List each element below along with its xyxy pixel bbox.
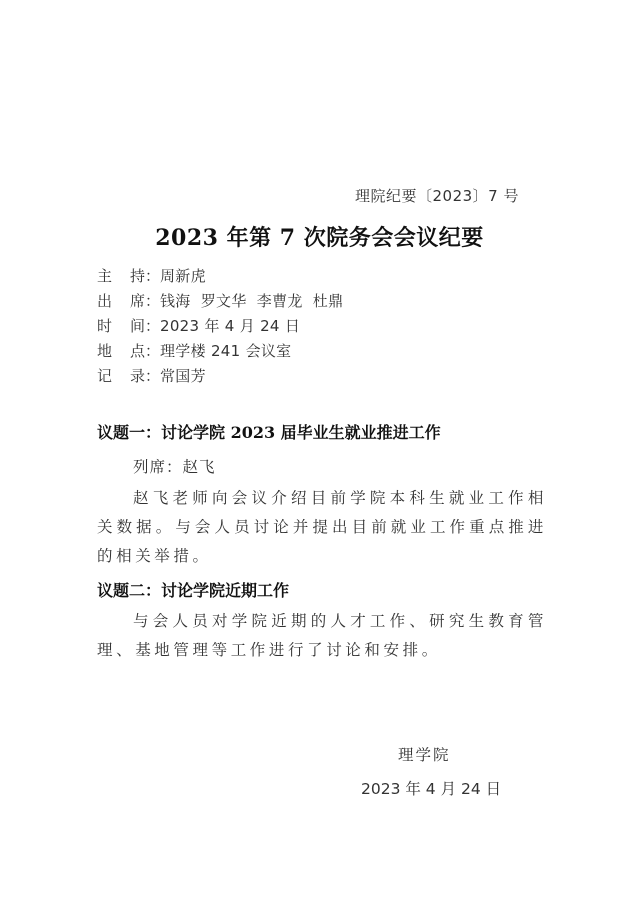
meta-label-char: 席 [130, 289, 145, 314]
meta-label: 主 持 [97, 264, 145, 289]
meta-value-recorder: 常国芳 [160, 364, 206, 389]
document-number: 理院纪要〔2023〕7 号 [355, 185, 519, 206]
meta-colon: ： [145, 289, 160, 314]
meta-label: 记 录 [97, 364, 145, 389]
meta-label-char: 出 [97, 289, 112, 314]
meta-colon: ： [145, 339, 160, 364]
meta-value-attendees: 钱海 罗文华 李曹龙 杜鼎 [160, 289, 343, 314]
meta-row-time: 时 间 ： 2023 年 4 月 24 日 [97, 314, 343, 339]
meta-label-char: 地 [97, 339, 112, 364]
meta-label: 地 点 [97, 339, 145, 364]
meta-label: 时 间 [97, 314, 145, 339]
meta-value-location: 理学楼 241 会议室 [160, 339, 291, 364]
topic-1-heading: 议题一：讨论学院 2023 届毕业生就业推进工作 [97, 420, 441, 443]
meta-row-attendees: 出 席 ： 钱海 罗文华 李曹龙 杜鼎 [97, 289, 343, 314]
meta-label-char: 间 [130, 314, 145, 339]
meta-colon: ： [145, 314, 160, 339]
topic-1-body: 赵飞老师向会议介绍目前学院本科生就业工作相关数据。与会人员讨论并提出目前就业工作… [97, 484, 547, 571]
signature-organization: 理学院 [398, 743, 451, 765]
meta-label-char: 主 [97, 264, 112, 289]
meta-label-char: 录 [130, 364, 145, 389]
meta-row-location: 地 点 ： 理学楼 241 会议室 [97, 339, 343, 364]
meta-label-char: 持 [130, 264, 145, 289]
signature-date: 2023 年 4 月 24 日 [361, 777, 501, 799]
meta-colon: ： [145, 364, 160, 389]
meta-colon: ： [145, 264, 160, 289]
document-title: 2023 年第 7 次院务会会议纪要 [0, 221, 639, 252]
topic-1-attendance: 列席：赵飞 [133, 455, 216, 477]
topic-2-heading: 议题二：讨论学院近期工作 [97, 578, 289, 601]
meta-label-char: 记 [97, 364, 112, 389]
meta-row-host: 主 持 ： 周新虎 [97, 264, 343, 289]
meta-value-host: 周新虎 [160, 264, 206, 289]
meta-row-recorder: 记 录 ： 常国芳 [97, 364, 343, 389]
meta-value-time: 2023 年 4 月 24 日 [160, 314, 300, 339]
meta-label-char: 点 [130, 339, 145, 364]
meeting-info: 主 持 ： 周新虎 出 席 ： 钱海 罗文华 李曹龙 杜鼎 时 间 ： 2023… [97, 264, 343, 389]
meta-label: 出 席 [97, 289, 145, 314]
meta-label-char: 时 [97, 314, 112, 339]
topic-2-body: 与会人员对学院近期的人才工作、研究生教育管理、基地管理等工作进行了讨论和安排。 [97, 607, 547, 665]
